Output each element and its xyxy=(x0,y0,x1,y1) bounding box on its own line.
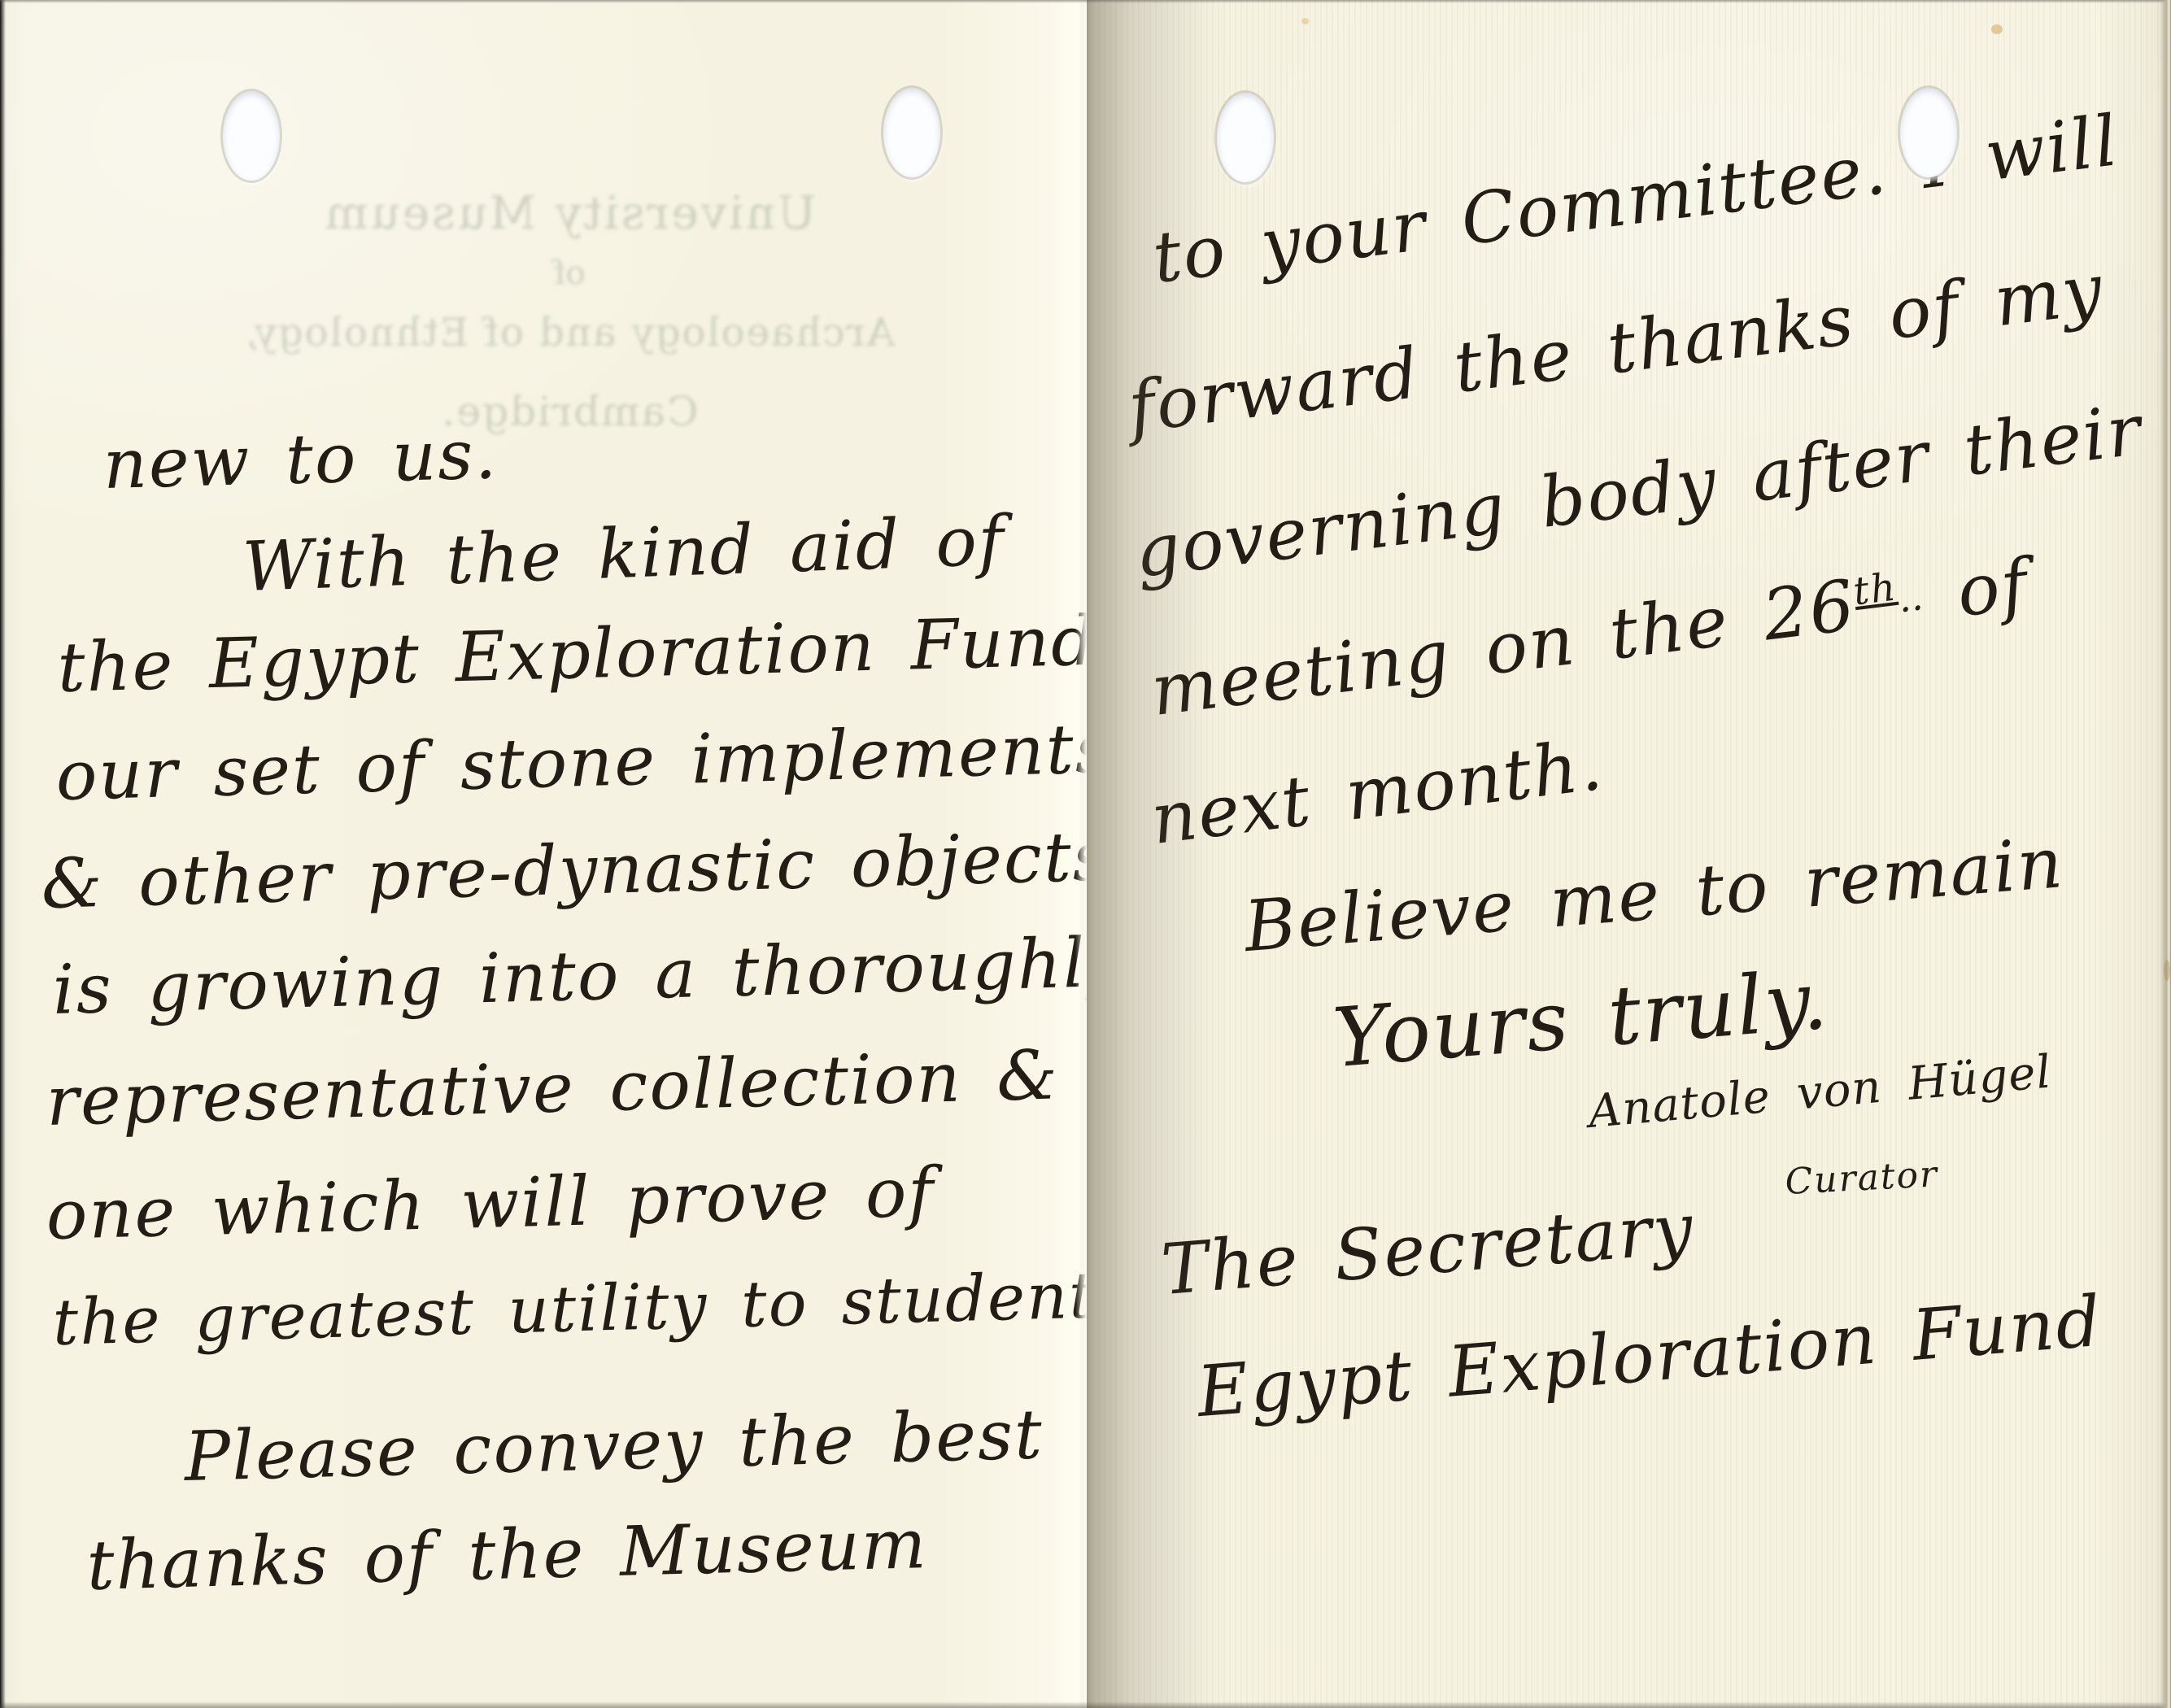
handwritten-line: our set of stone implements xyxy=(54,708,1112,816)
handwritten-line: Yours truly. xyxy=(1330,952,1833,1086)
handwritten-line: Believe me to remain xyxy=(1241,822,2067,968)
signature-title: Curator xyxy=(1784,1153,1939,1203)
handwritten-line: is growing into a thoroughly xyxy=(51,922,1127,1030)
handwritten-line: one which will prove of xyxy=(45,1152,935,1255)
punch-hole xyxy=(1900,88,1957,177)
right-page: to your Committee. I will forward the th… xyxy=(1087,0,2171,1708)
letter-scan: University Museum of Archaeology and of … xyxy=(0,0,2171,1708)
punch-hole xyxy=(223,91,280,181)
handwritten-line: representative collection & xyxy=(45,1035,1060,1141)
handwritten-line: new to us. xyxy=(102,414,499,504)
foxing-spot xyxy=(1991,24,2003,34)
punch-hole xyxy=(1217,93,1274,182)
handwritten-line: Please convey the best xyxy=(183,1394,1044,1497)
handwritten-line: the greatest utility to students. xyxy=(52,1258,1153,1360)
punch-hole xyxy=(883,88,940,177)
handwritten-line: Egypt Exploration Fund xyxy=(1194,1281,2105,1433)
letterhead-line: University Museum xyxy=(203,187,935,240)
handwritten-line: The Secretary xyxy=(1158,1188,1697,1311)
letterhead-bleedthrough: University Museum of Archaeology and of … xyxy=(203,187,935,435)
date-superscript: th xyxy=(1851,564,1899,614)
letterhead-line: of xyxy=(203,255,935,292)
foxing-spot xyxy=(2164,960,2170,981)
handwritten-line: next month. xyxy=(1147,725,1608,861)
handwritten-line: the Egypt Exploration Fund, xyxy=(56,600,1120,708)
handwritten-line: With the kind aid of xyxy=(242,500,1007,607)
letterhead-line: Archaeology and of Ethnology, xyxy=(203,310,935,355)
foxing-spot xyxy=(1301,18,1309,24)
handwritten-line: thanks of the Museum xyxy=(85,1504,928,1606)
handwritten-line: & other pre-dynastic objects xyxy=(40,817,1109,924)
date-pre: meeting on the 26 xyxy=(1147,565,1860,732)
left-page: University Museum of Archaeology and of … xyxy=(0,0,1087,1708)
date-post: of xyxy=(1918,543,2034,637)
